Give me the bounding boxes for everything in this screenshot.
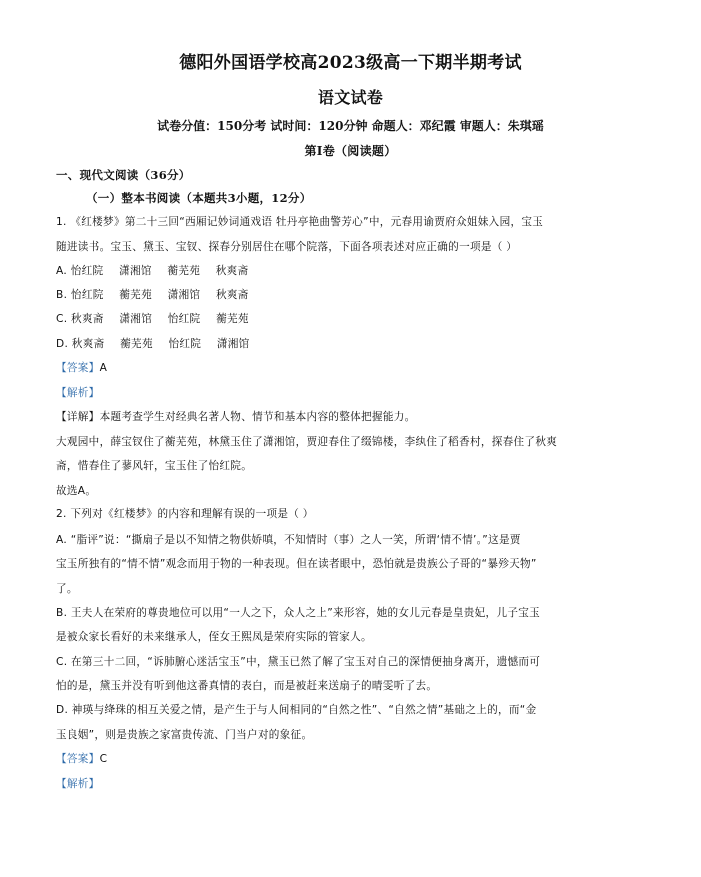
analysis-tag: 【解析】 xyxy=(56,778,100,790)
exam-page: 德阳外国语学校高2023级高一下期半期考试 语文试卷 试卷分值：150分考 试时… xyxy=(0,0,701,877)
q1-option-d: D. 秋爽斋 蘅芜苑 怡红院 潇湘馆 xyxy=(56,337,250,351)
detail-text: 本题考查学生对经典名著人物、情节和基本内容的整体把握能力。 xyxy=(100,411,416,423)
option-item: 秋爽斋 xyxy=(71,313,104,325)
option-item: 蘅芜苑 xyxy=(167,265,200,277)
option-item: 秋爽斋 xyxy=(72,338,105,350)
q1-explain-line2: 斋，惜春住了蓼风轩，宝玉住了怡红院。 xyxy=(56,459,252,473)
option-item: 秋爽斋 xyxy=(216,289,249,301)
q2-stem: 2. 下列对《红楼梦》的内容和理解有误的一项是（ ） xyxy=(56,507,314,521)
option-item: 潇湘馆 xyxy=(217,338,250,350)
section-title: 一、现代文阅读（36分） xyxy=(56,167,191,183)
q2-option-a-line3: 了。 xyxy=(56,582,78,596)
q1-stem-line1: 1. 《红楼梦》第二十三回“西厢记妙词通戏语 牡丹亭艳曲警芳心”中，元春用谕贾府… xyxy=(56,215,543,229)
q1-answer: 【答案】A xyxy=(56,361,107,375)
option-item: 秋爽斋 xyxy=(216,265,249,277)
option-item: 蘅芜苑 xyxy=(120,338,153,350)
option-label: A. xyxy=(56,265,67,277)
detail-tag: 【详解】 xyxy=(56,411,100,423)
analysis-tag: 【解析】 xyxy=(56,387,100,399)
q1-stem-line2: 随进读书。宝玉、黛玉、宝钗、探春分别居住在哪个院落，下面各项表述对应正确的一项是… xyxy=(56,240,517,254)
q1-explain-line1: 大观园中，薛宝钗住了蘅芜苑，林黛玉住了潇湘馆，贾迎春住了缀锦楼，李纨住了稻香村，… xyxy=(56,435,557,449)
answer-tag: 【答案】 xyxy=(56,362,100,374)
option-item: 潇湘馆 xyxy=(119,313,152,325)
option-label: B. xyxy=(56,289,67,301)
q1-option-c: C. 秋爽斋 潇湘馆 怡红院 蘅芜苑 xyxy=(56,312,249,326)
option-label: C. xyxy=(56,313,67,325)
q1-analysis: 【解析】 xyxy=(56,386,100,400)
option-item: 怡红院 xyxy=(168,313,201,325)
exam-meta: 试卷分值：150分考 试时间：120分钟 命题人：邓纪霞 审题人：朱琪瑶 xyxy=(0,118,701,134)
q2-option-a-line2: 宝玉所独有的“情不情”观念而用于物的一种表现。但在读者眼中，恐怕就是贵族公子哥的… xyxy=(56,557,537,571)
answer-value: A xyxy=(100,362,108,374)
subsection-title: （一）整本书阅读（本题共3小题，12分） xyxy=(86,190,312,206)
q2-option-d-line2: 玉良姻”，则是贵族之家富贵传流、门当户对的象征。 xyxy=(56,728,312,742)
exam-title: 德阳外国语学校高2023级高一下期半期考试 xyxy=(0,52,701,74)
exam-subtitle: 语文试卷 xyxy=(0,87,701,109)
q1-option-b: B. 怡红院 蘅芜苑 潇湘馆 秋爽斋 xyxy=(56,288,249,302)
q2-option-a-line1: A. “脂评”说：“撕扇子是以不知情之物供娇嗔，不知情时（事）之人一笑，所谓‘情… xyxy=(56,533,521,547)
option-item: 潇湘馆 xyxy=(168,289,201,301)
q1-option-a: A. 怡红院 潇湘馆 蘅芜苑 秋爽斋 xyxy=(56,264,248,278)
q2-analysis: 【解析】 xyxy=(56,777,100,791)
q2-option-d-line1: D. 神瑛与绛珠的相互关爱之情，是产生于与人间相同的“自然之性”、“自然之情”基… xyxy=(56,703,536,717)
q2-answer: 【答案】C xyxy=(56,752,107,766)
option-item: 怡红院 xyxy=(169,338,202,350)
q1-detail: 【详解】本题考查学生对经典名著人物、情节和基本内容的整体把握能力。 xyxy=(56,410,416,424)
q2-option-b-line2: 是被众家长看好的未来继承人，侄女王熙凤是荣府实际的管家人。 xyxy=(56,630,372,644)
q2-option-c-line2: 怕的是，黛玉并没有听到他这番真情的表白，而是被赶来送扇子的晴雯听了去。 xyxy=(56,679,437,693)
answer-tag: 【答案】 xyxy=(56,753,100,765)
option-item: 潇湘馆 xyxy=(119,265,152,277)
q2-option-b-line1: B. 王夫人在荣府的尊贵地位可以用“一人之下，众人之上”来形容，她的女儿元春是皇… xyxy=(56,606,540,620)
option-item: 蘅芜苑 xyxy=(216,313,249,325)
option-label: D. xyxy=(56,338,68,350)
option-item: 怡红院 xyxy=(71,289,104,301)
option-item: 怡红院 xyxy=(71,265,104,277)
answer-value: C xyxy=(100,753,108,765)
q2-option-c-line1: C. 在第三十二回，“诉肺腑心迷活宝玉”中，黛玉已然了解了宝玉对自己的深情便抽身… xyxy=(56,655,540,669)
q1-conclusion: 故选A。 xyxy=(56,484,96,498)
option-item: 蘅芜苑 xyxy=(119,289,152,301)
volume-heading: 第I卷（阅读题） xyxy=(0,143,701,159)
